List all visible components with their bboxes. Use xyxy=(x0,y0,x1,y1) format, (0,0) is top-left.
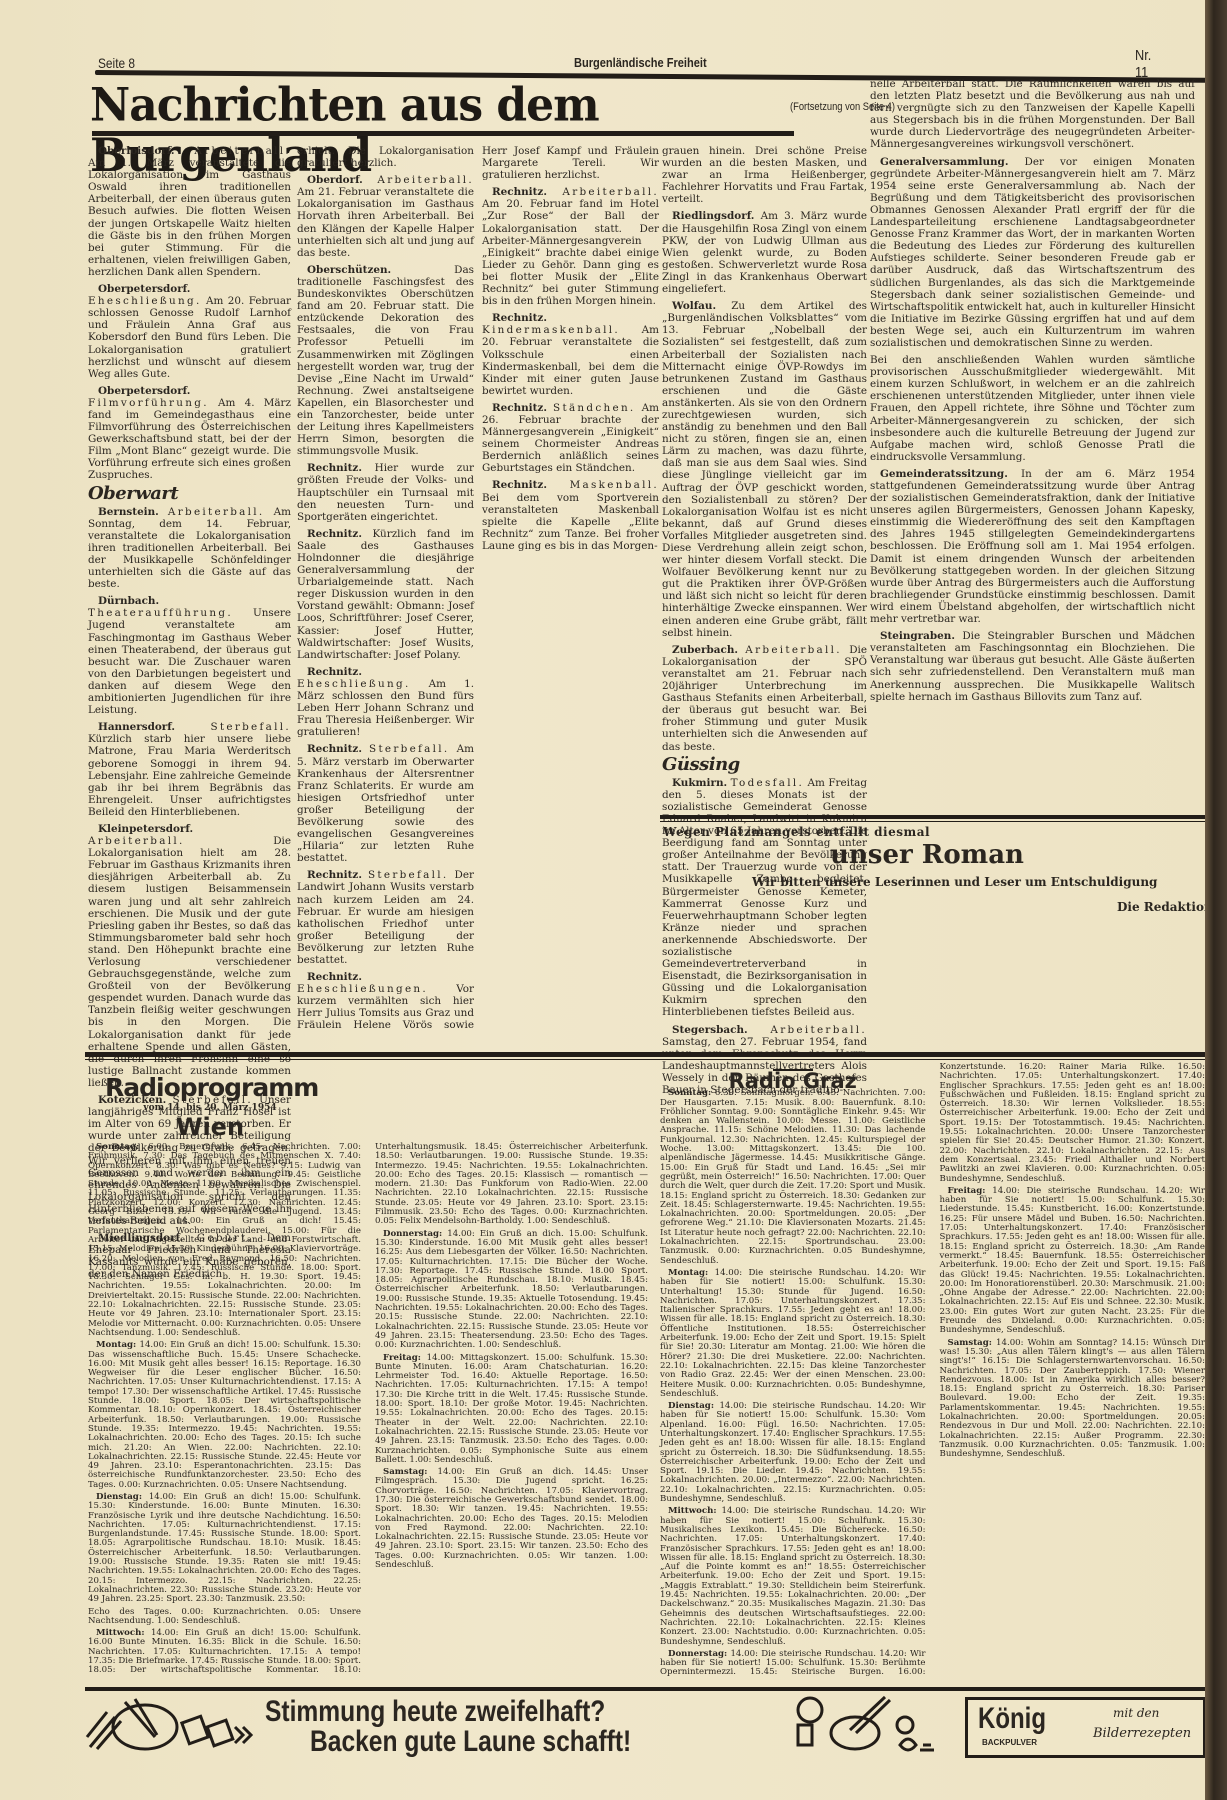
radio-day-listing: 14.00: Ein Gruß an dich. 15.00: Schulfun… xyxy=(375,1229,648,1351)
article-topic: Sterbefall. xyxy=(368,869,449,881)
article-body: nelle Arbeiterball statt. Die Räumlichke… xyxy=(870,78,1195,150)
article-body: Die Lokalorganisation der SPÖ veranstalt… xyxy=(662,644,867,753)
article-place: Stegersbach. xyxy=(672,1024,748,1036)
radio-day-schedule: Sonntag: 6.30: Sonntagmorgen. 6.45: Nach… xyxy=(660,1089,926,1266)
article-place: Rechnitz. xyxy=(307,971,362,983)
article: Bernstein. Arbeiterball. Am Sonntag, dem… xyxy=(88,506,291,591)
issue-number: Nr. 11 xyxy=(1135,47,1151,81)
article-body: Zu dem Artikel des „Burgenländischen Vol… xyxy=(662,300,867,639)
article-topic: Filmvorführung. xyxy=(88,397,209,409)
article-topic: Todesfall. xyxy=(731,777,805,789)
article-topic: Sterbefall. xyxy=(210,721,291,733)
article: Oberschützen. Das traditionelle Fasching… xyxy=(297,264,474,458)
article: Riedlingsdorf. Am 3. März wurde die Haus… xyxy=(662,210,867,295)
article-topic: Arbeiterball. xyxy=(194,145,291,157)
article-body: In der am 6. März 1954 stattgefundenen G… xyxy=(870,468,1195,625)
article-body: Am 1. März veranstaltete die Lokalorgani… xyxy=(88,157,291,278)
article: Wolfau. Zu dem Artikel des „Burgenländis… xyxy=(662,300,867,639)
article-topic: Kindermaskenball. xyxy=(482,324,620,336)
radio-program-dates: vom 14. bis 20. März 1954 xyxy=(105,1103,315,1113)
radio-day-schedule: Donnerstag: 14.00: Ein Gruß an dich. 15.… xyxy=(375,1230,648,1351)
article-topic: Eheschließung. xyxy=(297,678,411,690)
radio-graz-heading: Radio Graz xyxy=(660,1077,926,1086)
article-place: Kukmirn. xyxy=(672,777,727,789)
radio-day-listing: 14.00: Ein Gruß an dich. 14.45: Unser Fi… xyxy=(375,1467,648,1570)
radio-day-listing: 14.00: Ein Gruß an dich! 15.00: Schulfun… xyxy=(88,1340,361,1489)
article-place: Gemeinderatssitzung. xyxy=(880,468,1008,480)
advertisement: Stimmung heute zweifelhaft? Backen gute … xyxy=(85,1695,1205,1755)
page-number: Seite 8 xyxy=(98,55,135,71)
article: Oberpetersdorf. Eheschließung. Am 20. Fe… xyxy=(88,283,291,380)
article: Rechnitz. Arbeiterball. Am 20. Februar f… xyxy=(482,186,659,307)
article: Rechnitz. Kürzlich fand im Saale des Gas… xyxy=(297,528,474,661)
radio-wien-heading: Wien xyxy=(105,1113,315,1141)
article-place: Rechnitz. xyxy=(307,743,362,755)
article-topic: Arbeiterball. xyxy=(88,835,185,847)
notice-signature: Die Redaktion xyxy=(1117,900,1213,914)
radio-day-schedule: Freitag: 14.00: Die steirische Rundschau… xyxy=(940,1187,1206,1336)
brand-name: König xyxy=(978,1702,1046,1736)
article-body: erhielt. Die Lokalorganisation gratulier… xyxy=(297,145,474,169)
article: erhielt. Die Lokalorganisation gratulier… xyxy=(297,145,474,169)
radio-day-schedule: Samstag: 14.00: Wohin am Sonntag? 14.15:… xyxy=(940,1339,1206,1460)
column-2: erhielt. Die Lokalorganisation gratulier… xyxy=(297,145,659,1040)
article-body: Am 4. März fand im Gemeindegasthaus eine… xyxy=(88,397,291,482)
article: Kleinpetersdorf. Arbeiterball. Die Lokal… xyxy=(88,823,291,1089)
article: Rechnitz. Maskenball. Bei dem vom Sportv… xyxy=(482,479,659,552)
article: Rechnitz. Sterbefall. Der Landwirt Johan… xyxy=(297,869,474,966)
article-body: Das traditionelle Faschingsfest des Bund… xyxy=(297,264,474,457)
article-body: Die Lokalorganisation hielt am 28. Febru… xyxy=(88,835,291,1089)
article-topic: Eheschließungen. xyxy=(297,983,428,995)
article-topic: Sterbefall. xyxy=(369,743,450,755)
article-place: Rechnitz. xyxy=(492,312,547,324)
radio-day-listing: 14.00: Die steirische Rundschau. 14.20: … xyxy=(940,1186,1206,1335)
radio-day-listing: 14.00: Die steirische Rundschau. 14.20: … xyxy=(660,1268,926,1399)
radio-day-schedule: Freitag: 14.00: Mittagskonzert. 15.00: S… xyxy=(375,1354,648,1466)
article-place: Oberpetersdorf. xyxy=(98,283,190,295)
article: Oberloisdorf. Arbeiterball. Am 1. März v… xyxy=(88,145,291,278)
radio-day-listing: 14.00: Die steirische Rundschau. 14.20: … xyxy=(660,1401,926,1504)
article-topic: Ständchen. xyxy=(553,402,636,414)
article-body: Der Landwirt Johann Wusits verstarb nach… xyxy=(297,869,474,966)
radio-day-listing: Echo des Tages. 0.00: Kurznachrichten. 0… xyxy=(88,1607,361,1626)
article-body: Am 20. Februar schlossen Genosse Rudolf … xyxy=(88,295,291,380)
section-heading-oberwart: Oberwart xyxy=(88,488,291,500)
article: Gemeinderatssitzung. In der am 6. März 1… xyxy=(870,468,1195,625)
radio-day-listing: 14.00: Wohin am Sonntag? 14.15: Wünsch D… xyxy=(940,1338,1206,1460)
article-topic: Arbeiterball. xyxy=(168,506,265,518)
article-topic: Arbeiterball. xyxy=(745,644,842,656)
article-place: Steingraben. xyxy=(880,630,955,642)
article: Kukmirn. Todesfall. Am Freitag den 5. di… xyxy=(662,777,867,1019)
article-place: Generalversammlung. xyxy=(880,156,1008,168)
radio-graz-columns: Radio Graz Sonntag: 6.30: Sonntagmorgen.… xyxy=(660,1063,1205,1683)
article-body: grauen hinein. Drei schöne Preise wurden… xyxy=(662,145,867,205)
article-place: Kleinpetersdorf. xyxy=(98,823,193,835)
article-topic: Arbeiterball. xyxy=(562,186,659,198)
radio-day-schedule: Sonntag: 6.00: Bauernfunk. 6.45: Nachric… xyxy=(88,1143,361,1338)
newspaper-name: Burgenländische Freiheit xyxy=(574,55,707,70)
article-place: Oberloisdorf. xyxy=(98,145,174,157)
article-place: Bernstein. xyxy=(98,506,159,518)
radio-section-rule xyxy=(85,1052,1205,1057)
radio-day-schedule: Montag: 14.00: Ein Gruß an dich! 15.00: … xyxy=(88,1341,361,1490)
radio-day-schedule: Dienstag: 14.00: Ein Gruß an dich! 15.00… xyxy=(88,1493,361,1605)
article-place: Rechnitz. xyxy=(492,186,547,198)
article: Generalversammlung. Der vor einigen Mona… xyxy=(870,156,1195,350)
article-body: Am 21. Februar veranstaltete die Lokalor… xyxy=(297,186,474,258)
brand-tagline-2: Bilderrezepten xyxy=(1093,1726,1191,1741)
article-place: Rechnitz. xyxy=(307,869,362,881)
article: Bei den anschließenden Wahlen wurden säm… xyxy=(870,354,1195,463)
article-place: Hannersdorf. xyxy=(98,721,175,733)
article: Dürnbach. Theateraufführung. Unsere Juge… xyxy=(88,595,291,716)
article: Zuberbach. Arbeiterball. Die Lokalorgani… xyxy=(662,644,867,753)
article: Hannersdorf. Sterbefall. Kürzlich starb … xyxy=(88,721,291,818)
article-body: Bei dem vom Sportverein veranstalteten M… xyxy=(482,492,659,552)
radio-section-rule-thin xyxy=(85,1059,1205,1060)
notice-line-1: Wegen Platzmangels entfällt diesmal xyxy=(663,825,930,839)
article: nelle Arbeiterball statt. Die Räumlichke… xyxy=(870,78,1195,151)
notice-line-3: Wir bitten unsere Leserinnen und Leser u… xyxy=(752,875,1157,889)
article-body: Bei den anschließenden Wahlen wurden säm… xyxy=(870,354,1195,463)
article-place: Oberpetersdorf. xyxy=(98,385,190,397)
article: Rechnitz. Kindermaskenball. Am 20. Febru… xyxy=(482,312,659,397)
article-body: Am 5. März verstarb im Oberwarter Kranke… xyxy=(297,743,474,864)
article-body: Am 20. Februar fand im Hotel „Zur Rose“ … xyxy=(482,198,659,307)
article: Rechnitz. Eheschließung. Am 1. März schl… xyxy=(297,666,474,739)
article-topic: Maskenball. xyxy=(570,479,659,491)
article-body: Kürzlich starb hier unsere liebe Matrone… xyxy=(88,733,291,818)
article-topic: Theateraufführung. xyxy=(88,607,233,619)
baking-bowl-whisk-icon xyxy=(85,1697,255,1752)
article-place: Riedlingsdorf. xyxy=(672,210,754,222)
radio-day-listing: 14.00: Die steirische Rundschau. 14.20: … xyxy=(660,1506,926,1646)
ad-headline-2: Backen gute Laune schafft! xyxy=(310,1725,631,1759)
article: Rechnitz. Sterbefall. Am 5. März verstar… xyxy=(297,743,474,864)
radio-day-listing: 6.00: Bauernfunk. 6.45: Nachrichten. 7.0… xyxy=(88,1142,361,1338)
article-place: Wolfau. xyxy=(672,300,716,312)
radio-wien-columns: Sonntag: 6.00: Bauernfunk. 6.45: Nachric… xyxy=(88,1143,648,1683)
article-topic: Arbeiterball. xyxy=(770,1024,867,1036)
article-body: Am 3. März wurde die Hausgehilfin Rosa Z… xyxy=(662,210,867,295)
brand-product: BACKPULVER xyxy=(982,1738,1037,1747)
ad-rule xyxy=(85,1687,1205,1691)
column-5: nelle Arbeiterball statt. Die Räumlichke… xyxy=(870,78,1195,708)
article: Steingraben. Die Steingrabler Burschen u… xyxy=(870,630,1195,703)
article-body: Am Freitag den 5. dieses Monats ist der … xyxy=(662,777,867,1019)
article: Oberpetersdorf. Filmvorführung. Am 4. Mä… xyxy=(88,385,291,482)
radio-program-title: Radioprogramm xyxy=(105,1073,315,1102)
baking-utensils-icon xyxy=(790,1695,940,1755)
article: Rechnitz. Hier wurde zur größten Freude … xyxy=(297,462,474,522)
radio-day-schedule: Montag: 14.00: Die steirische Rundschau.… xyxy=(660,1269,926,1399)
article-place: Rechnitz. xyxy=(492,402,547,414)
article-place: Rechnitz. xyxy=(307,462,362,474)
article-place: Zuberbach. xyxy=(672,644,738,656)
article: Rechnitz. Ständchen. Am 26. Februar brac… xyxy=(482,402,659,475)
article-place: Oberdorf. xyxy=(307,174,363,186)
section-heading-guessing: Güssing xyxy=(662,759,867,771)
article-body: Am Sonntag, dem 14. Februar, veranstalte… xyxy=(88,506,291,591)
ad-headline-1: Stimmung heute zweifelhaft? xyxy=(265,1695,605,1729)
masthead-rule xyxy=(92,131,794,136)
article-place: Rechnitz. xyxy=(307,666,362,678)
article-topic: Arbeiterball. xyxy=(377,174,474,186)
section-masthead: Nachrichten aus dem Burgenland xyxy=(90,81,820,131)
radio-day-listing: 14.00: Mittagskonzert. 15.00: Schulfunk.… xyxy=(375,1353,648,1465)
notice-rule-thin xyxy=(660,821,1205,822)
brand-logo: König BACKPULVER mit den Bilderrezepten xyxy=(965,1697,1206,1758)
article: grauen hinein. Drei schöne Preise wurden… xyxy=(662,145,867,205)
page-binding-edge xyxy=(1205,0,1227,1800)
notice-rule xyxy=(660,815,1205,819)
radio-day-schedule: Echo des Tages. 0.00: Kurznachrichten. 0… xyxy=(88,1608,361,1627)
article-place: Dürnbach. xyxy=(98,595,159,607)
newspaper-page: Seite 8 Burgenländische Freiheit Nr. 11 … xyxy=(0,0,1227,1800)
article-body: Der vor einigen Monaten gegründete Arbei… xyxy=(870,156,1195,349)
brand-tagline-1: mit den xyxy=(1113,1706,1159,1720)
article-body: Kürzlich fand im Saale des Gasthauses Ho… xyxy=(297,528,474,661)
radio-day-schedule: Dienstag: 14.00: Die steirische Rundscha… xyxy=(660,1402,926,1504)
article-place: Oberschützen. xyxy=(307,264,391,276)
article-place: Rechnitz. xyxy=(492,479,547,491)
article-body: Unsere Jugend veranstaltete am Faschingm… xyxy=(88,607,291,716)
radio-day-listing: 6.30: Sonntagmorgen. 6.45: Nachrichten. … xyxy=(660,1088,926,1265)
radio-day-schedule: Samstag: 14.00: Ein Gruß an dich. 14.45:… xyxy=(375,1468,648,1570)
radio-day-schedule: Mittwoch: 14.00: Die steirische Rundscha… xyxy=(660,1507,926,1646)
radio-day-listing: 14.00: Ein Gruß an dich! 15.00: Schulfun… xyxy=(88,1492,361,1604)
article-place: Rechnitz. xyxy=(307,528,362,540)
article: Oberdorf. Arbeiterball. Am 21. Februar v… xyxy=(297,174,474,259)
column-4: grauen hinein. Drei schöne Preise wurden… xyxy=(662,145,867,1101)
article-topic: Eheschließung. xyxy=(88,295,202,307)
notice-line-2: unser Roman xyxy=(830,840,1024,870)
